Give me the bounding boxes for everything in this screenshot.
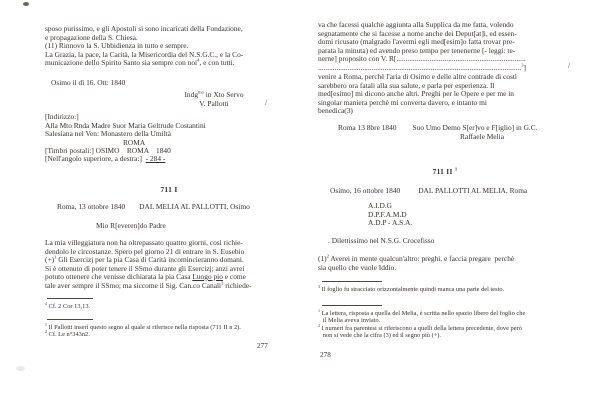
text-line: il Melia aveva inviato. xyxy=(318,317,572,324)
text-line: non si vede che la cifra (3) ed il segno… xyxy=(318,332,572,339)
text-segment: 4 xyxy=(45,301,47,306)
text-line: A.D.P - A.S.A. xyxy=(368,219,598,228)
corner-note: [Nell'angolo superiore, a destra:] - 284… xyxy=(45,155,293,164)
text-segment: 1 xyxy=(54,255,56,260)
footnote-separator xyxy=(322,281,382,282)
signature-date: Roma 13 8bre 1840 xyxy=(338,124,397,133)
text-segment: 1 xyxy=(45,322,47,327)
letter-title: DAL PALLOTTI AL MELIA, Roma xyxy=(418,187,527,196)
text-segment: 2 xyxy=(318,322,320,327)
letter-salutation: . Dilettissimo nel N.S.G. Crocefisso xyxy=(318,237,582,246)
text-line: ........................................… xyxy=(318,64,572,73)
text-line: 3 Il foglio fu stracciato orizzontalment… xyxy=(318,286,572,293)
letter-number-heading: 711 I xyxy=(45,185,293,194)
text-line: 4 Cf. 2 Cor 13,13. xyxy=(45,303,293,310)
text-line: tale aver sempre il SSmo; ma siccome il … xyxy=(45,282,293,291)
margin-slash-mark: / xyxy=(568,61,570,70)
text-line: 711 II 1 xyxy=(318,168,572,177)
footnote-torn-sheet: 3 Il foglio fu stracciato orizzontalment… xyxy=(318,286,572,293)
text-segment: 1 xyxy=(318,308,320,313)
text-line: Salesiana nel Ven: Monastero della Umilt… xyxy=(45,130,293,139)
letter-paragraph: venire a Roma, perchè l'aria di Osimo e … xyxy=(318,73,572,116)
text-segment: 2 xyxy=(221,280,223,285)
text-line: sia quello che vuole Iddio. xyxy=(318,264,572,273)
text-segment: mo xyxy=(198,90,204,95)
letter-title: DAL MELIA AL PALLOTTI, Osimo xyxy=(139,203,250,212)
footnotes-list: 1 La lettera, risposta a quella del Meli… xyxy=(318,310,572,339)
text-segment: 4 xyxy=(197,58,199,63)
letter-date: Osimo, 16 ottobre 1840 xyxy=(330,187,400,196)
text-line: 1 La lettera, risposta a quella del Meli… xyxy=(318,310,572,317)
text-segment: Luogo pio xyxy=(192,272,223,281)
text-segment: 1 xyxy=(455,167,458,172)
left-page: sposo purissimo, e gli Apostoli si sono … xyxy=(45,0,293,411)
text-line: [Nell'angolo superiore, a destra:] - 284… xyxy=(45,155,293,164)
letter-body: (1)2 Averei in mente qualcun'altro: preg… xyxy=(318,255,572,272)
text-segment: 2 xyxy=(327,254,329,259)
text-line: benedica(3) xyxy=(318,107,572,116)
letter-body: La mia villeggiatura non ha oltrepassato… xyxy=(45,239,293,290)
book-spread-scan: sposo purissimo, e gli Apostoli si sono … xyxy=(0,0,598,411)
footnotes-list: 1 Il Pallotti inserì questo segno al qua… xyxy=(45,324,293,339)
invocation-initials: A.I.D.GD.P.F.A.M.DA.D.P - A.S.A. xyxy=(318,202,598,228)
margin-slash-mark: / xyxy=(265,98,267,107)
footnote-separator xyxy=(47,298,93,299)
signature-name: Raffaele Melia xyxy=(318,133,598,142)
footnote-separator xyxy=(47,319,93,320)
text-line: 2 Cf. Le n°343n2. xyxy=(45,331,293,338)
left-signoff: Indgmo in Xto ServoV. Pallotti xyxy=(174,91,254,108)
letter-body-continuation: va che facessi qualche aggiunta alla Sup… xyxy=(318,21,572,72)
text-line: 2 I numeri fra parentesi si riferiscono … xyxy=(318,325,572,332)
footnote-separator xyxy=(322,305,382,306)
right-page: va che facessi qualche aggiunta alla Sup… xyxy=(318,0,572,411)
letter-salutation: Mio R[everen]do Padre xyxy=(45,222,344,231)
letter-meta-row: Roma, 13 ottobre 1840 DAL MELIA AL PALLO… xyxy=(45,203,293,212)
signature-row: Roma 13 8bre 1840 Suo Umo Demo S[er]vo e… xyxy=(318,124,572,133)
scan-artifact xyxy=(23,2,29,6)
page-number: 277 xyxy=(257,342,268,350)
text-line: singolar maniera perchè mi converta dave… xyxy=(318,99,572,108)
text-segment: 2 xyxy=(45,329,47,334)
text-line: V. Pallotti xyxy=(174,100,254,109)
letter-meta-row: Osimo, 16 ottobre 1840 DAL PALLOTTI AL M… xyxy=(318,187,572,196)
text-segment: 3 xyxy=(318,284,320,289)
scan-artifact xyxy=(16,366,25,371)
footnote-previous-letter: 4 Cf. 2 Cor 13,13. xyxy=(45,303,293,310)
address-block: [Indirizzo:]Alla Mto Rnda Madre Suor Mar… xyxy=(45,113,293,139)
page-number: 278 xyxy=(320,351,331,359)
text-line: municazione dello Spirito Santo sia semp… xyxy=(45,59,293,68)
text-segment: - 284 - xyxy=(146,154,166,163)
previous-letter-closing-paragraph: sposo purissimo, e gli Apostoli si sono … xyxy=(45,25,293,68)
text-segment: 3 xyxy=(521,62,523,67)
letter-number-heading: 711 II 1 xyxy=(318,168,572,177)
letter-date: Roma, 13 ottobre 1840 xyxy=(57,203,125,212)
left-dateline: Osimo il dì 16. Ott: 1840 xyxy=(45,79,299,88)
